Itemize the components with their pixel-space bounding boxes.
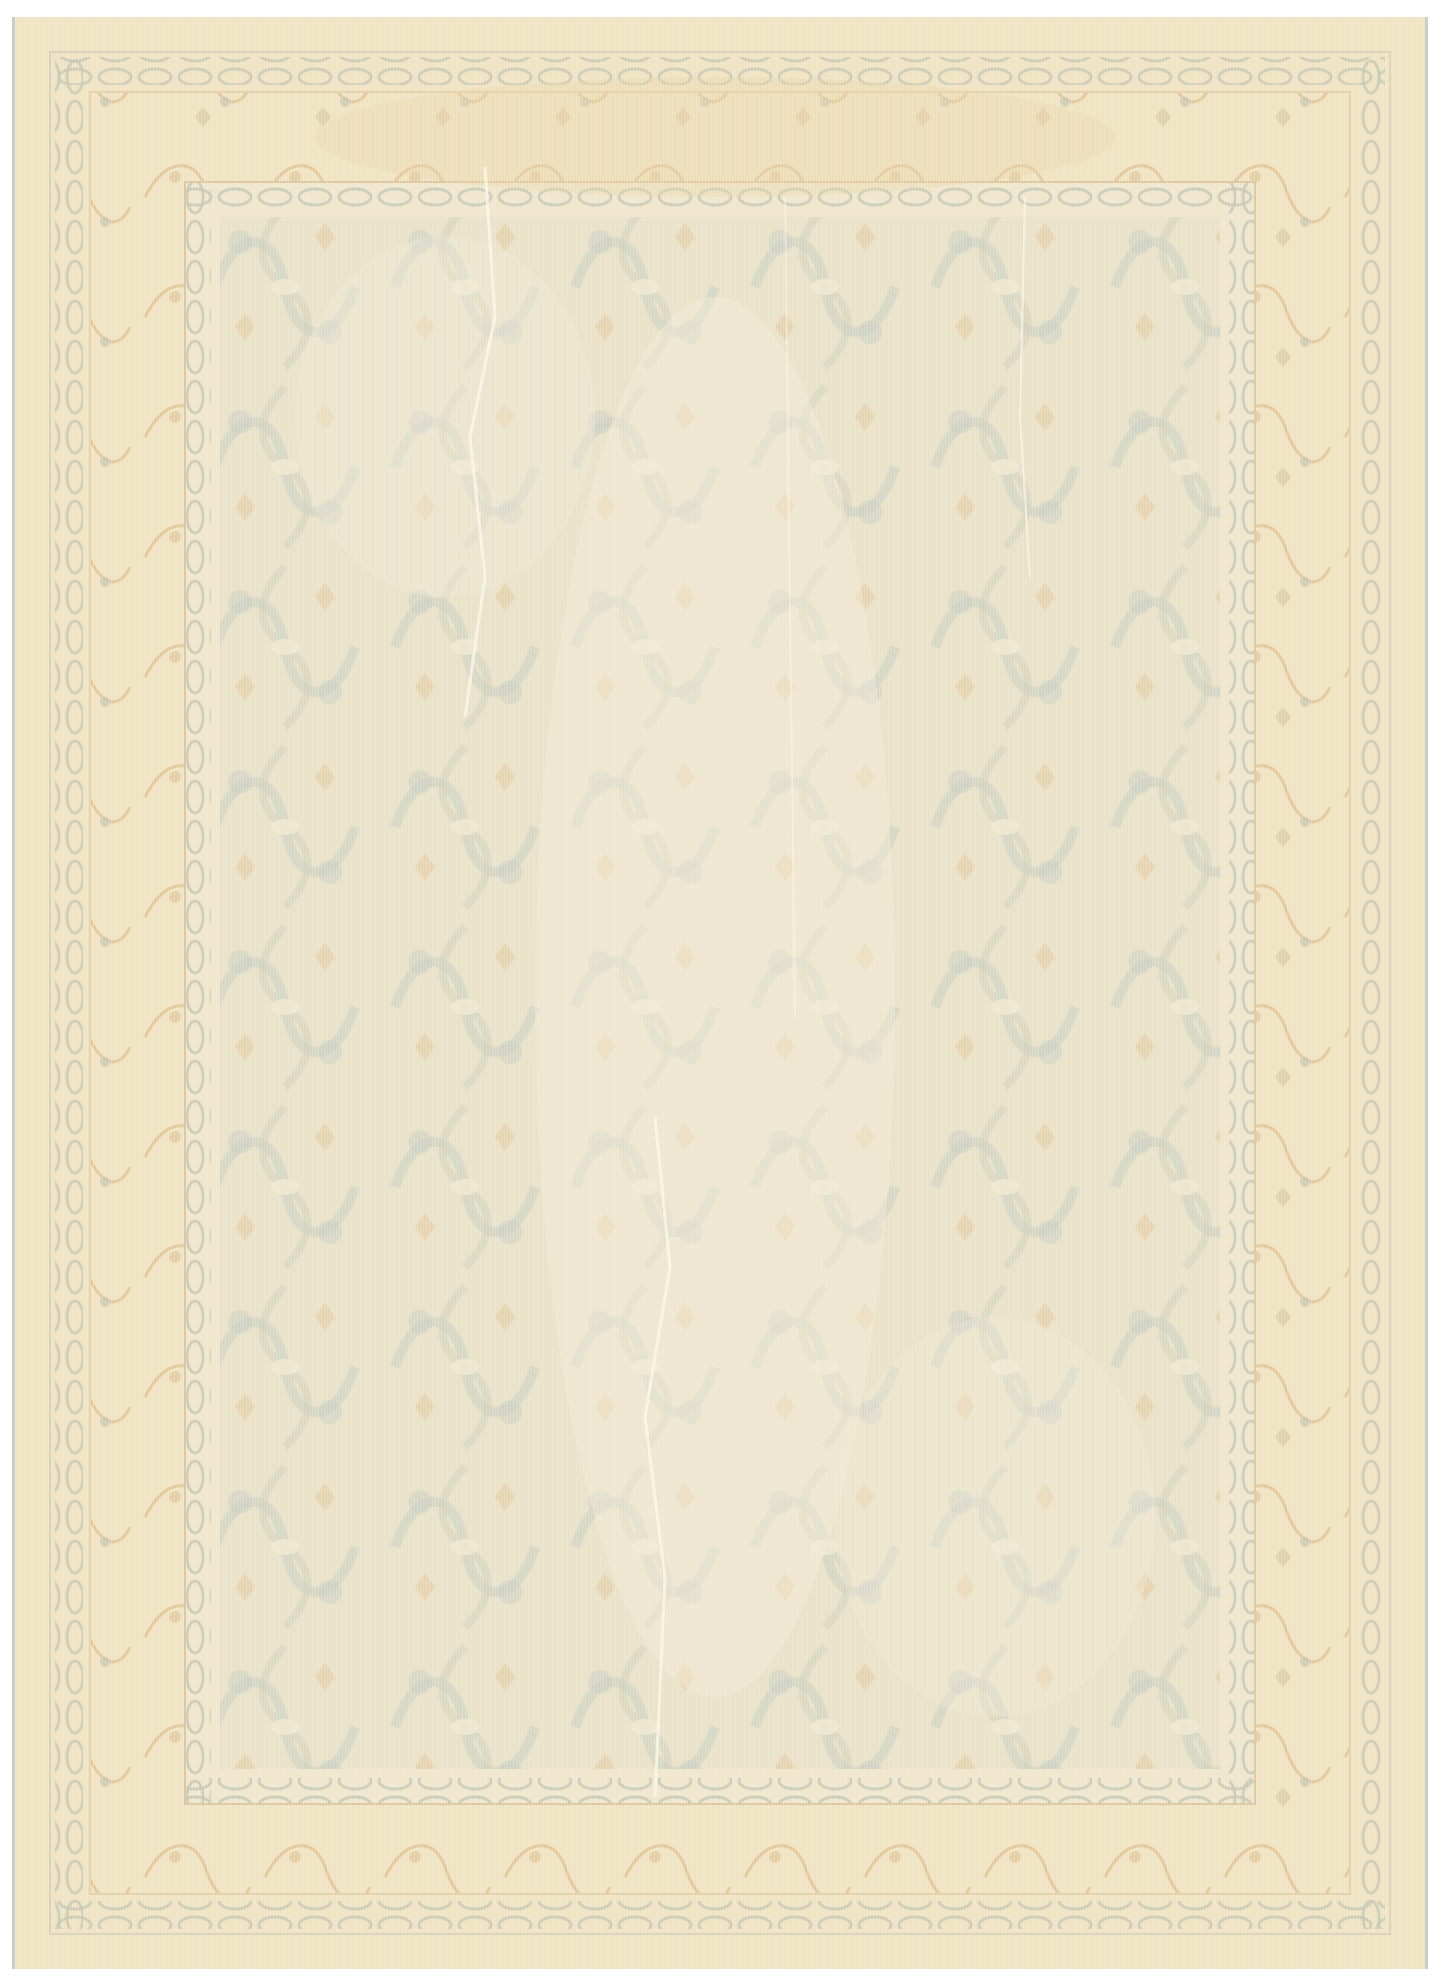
rug-pattern (15, 17, 1425, 1969)
rug (15, 17, 1425, 1969)
photo-background (0, 0, 1445, 1986)
